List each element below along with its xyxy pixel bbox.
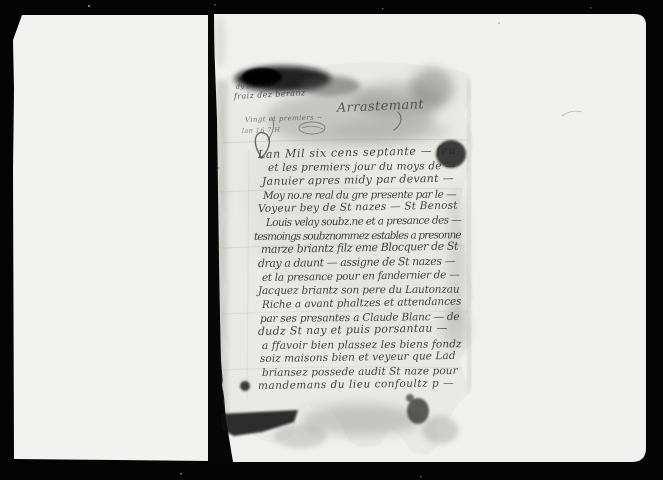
- edge-shading: [468, 78, 470, 390]
- dust-speck: [214, 4, 216, 6]
- ink-spot: [240, 381, 250, 391]
- bottom-water-stain: [300, 404, 420, 436]
- dust-speck: [498, 22, 500, 24]
- gutter-smudge: [214, 16, 226, 68]
- manuscript-text-line: dray a daunt — assigne de St nazes —: [258, 255, 456, 270]
- ink-spot: [406, 394, 414, 402]
- scan-stage: dy huit ml lx — fraiz dez beranz Vingt e…: [0, 0, 663, 480]
- manuscript-text-line: Jacquez briantz son pere du Lautonzau: [256, 284, 460, 297]
- dust-speck: [180, 473, 182, 475]
- bottom-smudge: [422, 416, 458, 444]
- archival-note: lan 16 7 H: [242, 126, 281, 135]
- blank-verso-page: [13, 15, 209, 461]
- dust-speck: [420, 476, 422, 478]
- water-stain: [330, 118, 450, 144]
- dust-speck: [382, 8, 384, 10]
- dust-speck: [88, 5, 90, 7]
- manuscript-paper-group: dy huit ml lx — fraiz dez beranz Vingt e…: [209, 16, 474, 455]
- dust-speck: [590, 7, 592, 9]
- scan-image: dy huit ml lx — fraiz dez beranz Vingt e…: [0, 0, 663, 480]
